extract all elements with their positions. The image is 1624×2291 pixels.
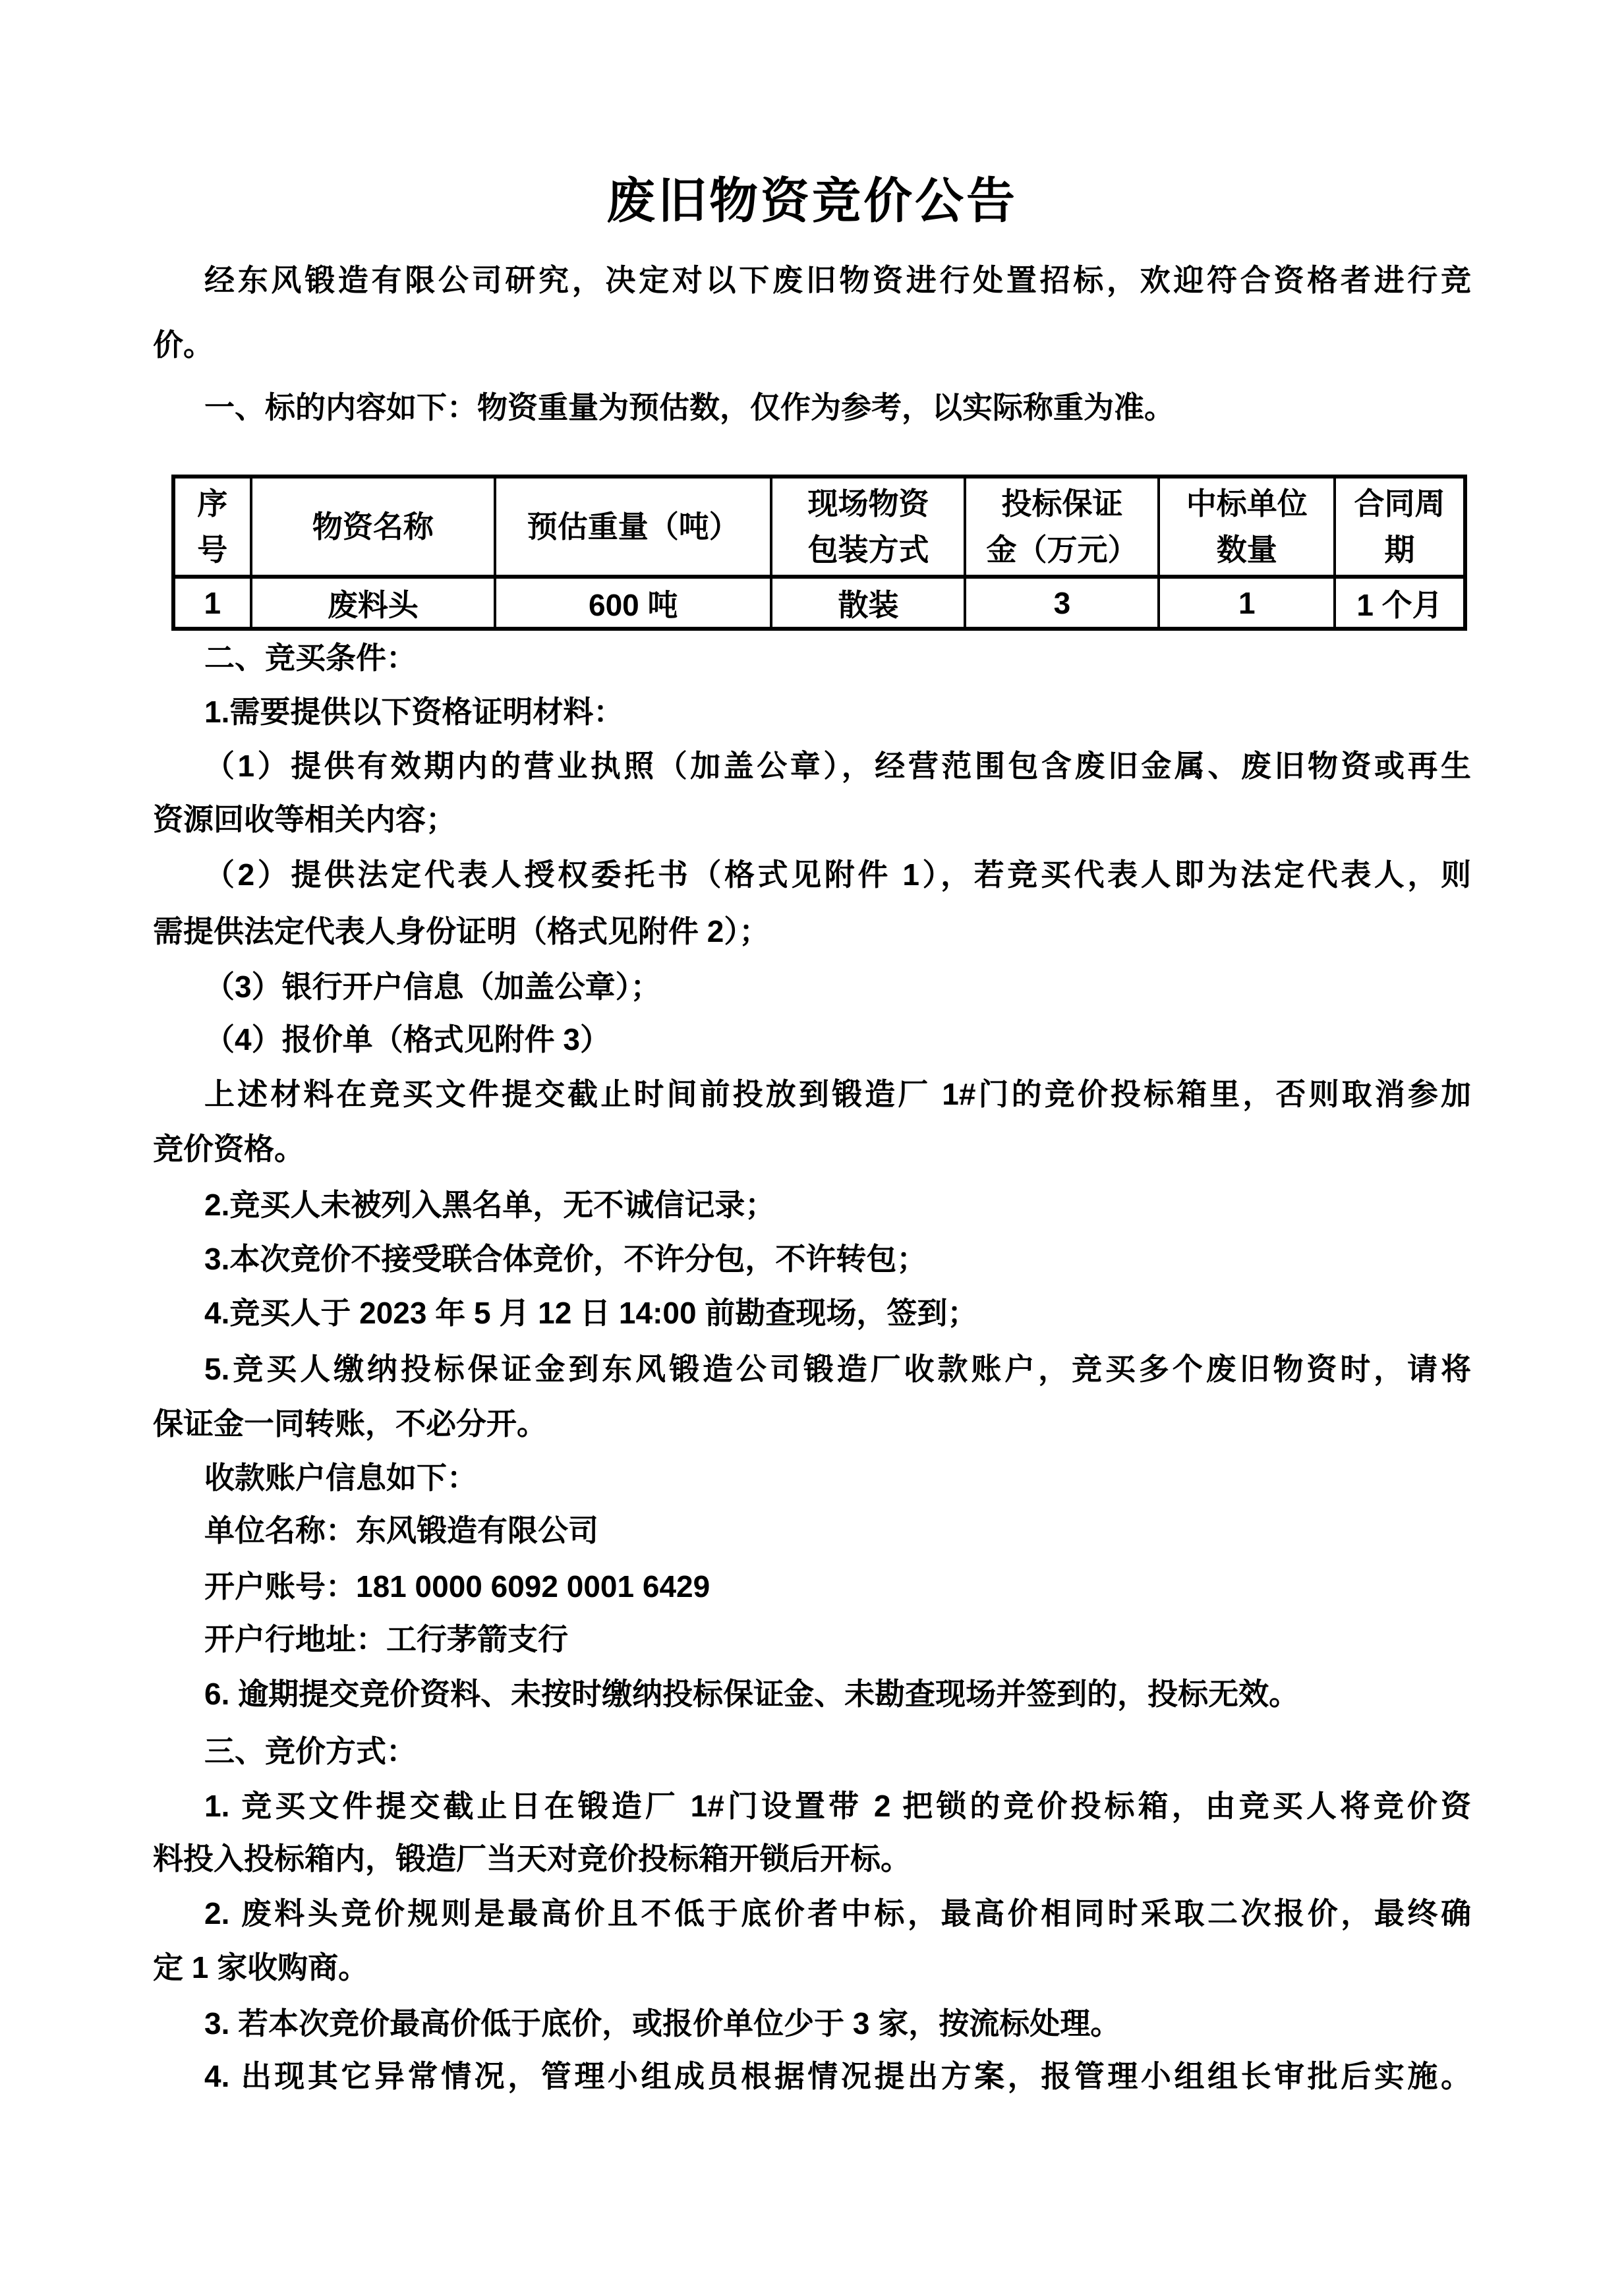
text-line: 需提供法定代表人身份证明（格式见附件 2）； <box>153 913 1471 950</box>
text-line: 收款账户信息如下： <box>153 1459 1471 1496</box>
text-line: 定 1 家收购商。 <box>153 1949 1471 1986</box>
text-line: 3. 若本次竞价最高价低于底价，或报价单位少于 3 家，按流标处理。 <box>153 2005 1471 2042</box>
text-line: 竞价资格。 <box>153 1130 1471 1167</box>
text-line: 2.竞买人未被列入黑名单，无不诚信记录； <box>153 1186 1471 1223</box>
text-line: 开户账号：181 0000 6092 0001 6429 <box>153 1568 1471 1605</box>
text-line: 4.竞买人于 2023 年 5 月 12 日 14:00 前勘查现场，签到； <box>153 1294 1471 1331</box>
text-line: 4. 出现其它异常情况，管理小组成员根据情况提出方案，报管理小组组长审批后实施。 <box>153 2058 1471 2095</box>
table-header-cell: 现场物资 包装方式 <box>771 477 965 577</box>
document-page: 废旧物资竞价公告 经东风锻造有限公司研究，决定对以下废旧物资进行处置招标，欢迎符… <box>0 0 1624 2291</box>
text-line: 资源回收等相关内容； <box>153 801 1471 838</box>
table-header-row: 序 号 物资名称 预估重量（吨） 现场物资 包装方式 投标保证 金（万元） 中标… <box>173 477 1465 577</box>
text-line: 经东风锻造有限公司研究，决定对以下废旧物资进行处置招标，欢迎符合资格者进行竞 <box>153 262 1471 299</box>
text-line: （3）银行开户信息（加盖公章）； <box>153 968 1471 1005</box>
text-line: （1）提供有效期内的营业执照（加盖公章），经营范围包含废旧金属、废旧物资或再生 <box>153 747 1471 784</box>
table-header-cell: 物资名称 <box>251 477 495 577</box>
text-line: （4）报价单（格式见附件 3） <box>153 1021 1471 1058</box>
text-line: 开户行地址：工行茅箭支行 <box>153 1621 1471 1658</box>
text-line: 一、标的内容如下：物资重量为预估数，仅作为参考，以实际称重为准。 <box>153 389 1471 426</box>
table-header-cell: 序 号 <box>173 477 251 577</box>
table-cell: 1 <box>1159 577 1335 629</box>
table-row: 1 废料头 600 吨 散装 3 1 1 个月 <box>173 577 1465 629</box>
table-header-cell: 预估重量（吨） <box>495 477 771 577</box>
table-header-cell: 合同周 期 <box>1335 477 1465 577</box>
text-line: 5.竞买人缴纳投标保证金到东风锻造公司锻造厂收款账户，竞买多个废旧物资时，请将 <box>153 1350 1471 1387</box>
bid-items-table: 序 号 物资名称 预估重量（吨） 现场物资 包装方式 投标保证 金（万元） 中标… <box>171 475 1467 631</box>
table-cell: 1 <box>173 577 251 629</box>
table-header-cell: 中标单位 数量 <box>1159 477 1335 577</box>
table-cell: 废料头 <box>251 577 495 629</box>
table-cell: 1 个月 <box>1335 577 1465 629</box>
table-cell: 600 吨 <box>495 577 771 629</box>
text-line: 单位名称：东风锻造有限公司 <box>153 1512 1471 1549</box>
text-line: 1. 竞买文件提交截止日在锻造厂 1#门设置带 2 把锁的竞价投标箱，由竞买人将… <box>153 1787 1471 1824</box>
table-cell: 3 <box>965 577 1159 629</box>
text-line: 料投入投标箱内，锻造厂当天对竞价投标箱开锁后开标。 <box>153 1840 1471 1877</box>
text-line: （2）提供法定代表人授权委托书（格式见附件 1），若竞买代表人即为法定代表人，则 <box>153 856 1471 893</box>
text-line: 6. 逾期提交竞价资料、未按时缴纳投标保证金、未勘查现场并签到的，投标无效。 <box>153 1675 1471 1712</box>
text-line: 2. 废料头竞价规则是最高价且不低于底价者中标，最高价相同时采取二次报价，最终确 <box>153 1895 1471 1932</box>
text-line: 二、竞买条件： <box>153 639 1471 676</box>
text-line: 1.需要提供以下资格证明材料： <box>153 693 1471 730</box>
table-cell: 散装 <box>771 577 965 629</box>
document-title: 废旧物资竞价公告 <box>0 173 1624 229</box>
text-line: 3.本次竞价不接受联合体竞价，不许分包，不许转包； <box>153 1240 1471 1277</box>
text-line: 上述材料在竞买文件提交截止时间前投放到锻造厂 1#门的竞价投标箱里，否则取消参加 <box>153 1076 1471 1113</box>
table-header-cell: 投标保证 金（万元） <box>965 477 1159 577</box>
text-line: 价。 <box>153 326 1471 363</box>
text-line: 三、竞价方式： <box>153 1733 1471 1770</box>
text-line: 保证金一同转账，不必分开。 <box>153 1405 1471 1442</box>
